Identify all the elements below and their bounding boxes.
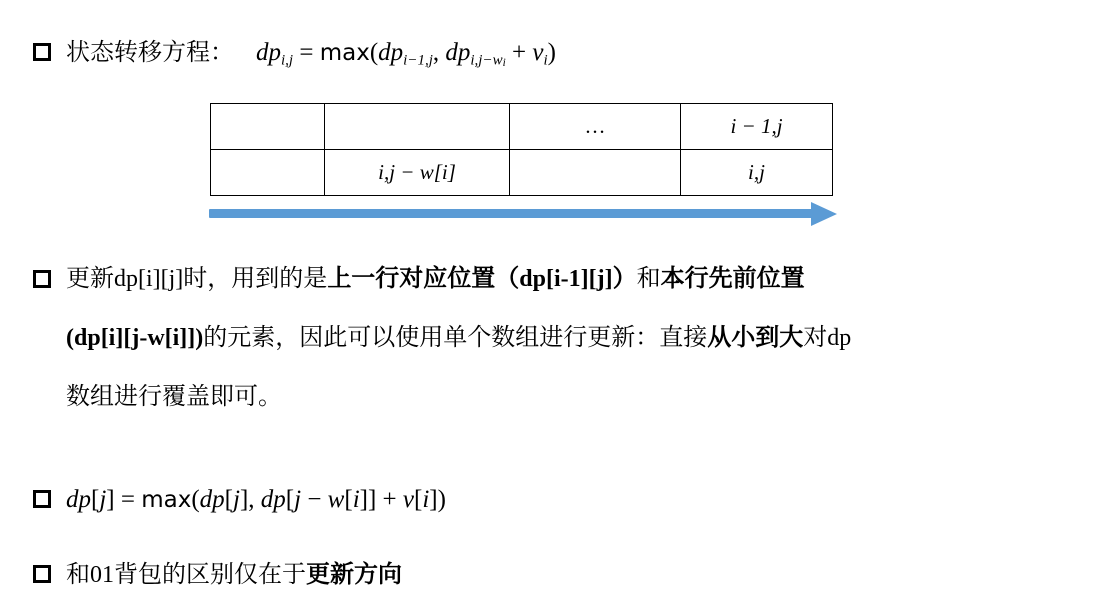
text-segment: [ — [286, 486, 294, 513]
table-row: i,j − w[i] i,j — [211, 150, 833, 196]
bullet-item-equation: 状态转移方程：dpi,j = max(dpi−1,j, dpi,j−wi + v… — [33, 36, 556, 80]
bullet2-line1: 更新dp[i][j]时，用到的是上一行对应位置（dp[i-1][j]）和本行先前… — [66, 250, 851, 309]
text-segment: i−1,j — [403, 53, 433, 69]
text-segment: v — [532, 39, 543, 66]
bullet-item-1d-formula: dp[j] = max(dp[j], dp[j − w[i]] + v[i]) — [33, 483, 446, 517]
text-segment: [ — [344, 486, 352, 513]
text-segment: dp — [378, 39, 403, 66]
bullet-square-icon — [33, 565, 51, 583]
text-segment: 数组进行覆盖即可。 — [66, 384, 282, 410]
table-cell — [211, 104, 325, 150]
table-cell: i,j — [681, 150, 833, 196]
dp-1d-formula: dp[j] = max(dp[j], dp[j − w[i]] + v[i]) — [66, 483, 446, 517]
dp-2d-formula: dpi,j = max(dpi−1,j, dpi,j−wi + vi) — [256, 39, 556, 66]
text-segment: ) — [548, 39, 556, 66]
bullet-item-difference: 和01背包的区别仅在于更新方向 — [33, 558, 402, 592]
text-segment: dp — [66, 486, 91, 513]
bullet-square-icon — [33, 490, 51, 508]
text-segment: ]] + — [360, 486, 403, 513]
text-segment: 和01背包的区别仅在于 — [66, 562, 306, 588]
text-segment: 本行先前位置 — [661, 266, 805, 292]
text-segment: ( — [370, 39, 378, 66]
text-segment: w — [328, 486, 345, 513]
text-segment: + — [506, 39, 533, 66]
table-cell — [325, 104, 510, 150]
text-segment: i,j−w — [470, 53, 502, 69]
text-segment: − — [301, 486, 328, 513]
table-cell — [510, 150, 681, 196]
text-segment: dp — [261, 486, 286, 513]
table-cell: i,j − w[i] — [325, 150, 510, 196]
text-segment: , — [433, 39, 446, 66]
text-segment: 更新方向 — [306, 562, 402, 588]
text-segment: max — [320, 40, 370, 66]
text-segment: (dp[i][j-w[i]]) — [66, 325, 203, 351]
bullet4-text: 和01背包的区别仅在于更新方向 — [66, 558, 402, 592]
bullet-square-icon — [33, 270, 51, 288]
text-segment: i − 1,j — [730, 114, 782, 138]
table-cell: … — [510, 104, 681, 150]
text-segment: dp — [445, 39, 470, 66]
text-segment: 对dp — [803, 325, 851, 351]
text-segment: max — [141, 487, 191, 513]
text-segment: 更新dp[i][j]时，用到的是 — [66, 266, 327, 292]
bullet1-text: 状态转移方程：dpi,j = max(dpi−1,j, dpi,j−wi + v… — [66, 36, 556, 80]
text-segment: dp — [256, 39, 281, 66]
text-segment: [ — [225, 486, 233, 513]
dp-table-body: … i − 1,j i,j − w[i] i,j — [211, 104, 833, 196]
text-segment: j — [233, 486, 240, 513]
text-segment: … — [585, 114, 606, 138]
text-segment: i,j — [281, 53, 293, 69]
text-segment: 的元素，因此可以使用单个数组进行更新：直接 — [203, 325, 707, 351]
table-row: … i − 1,j — [211, 104, 833, 150]
text-segment: = — [293, 39, 320, 66]
right-arrow-icon — [209, 202, 837, 226]
bullet-square-icon — [33, 43, 51, 61]
text-segment: i,j − w[i] — [378, 160, 456, 184]
bullet2-text: 更新dp[i][j]时，用到的是上一行对应位置（dp[i-1][j]）和本行先前… — [66, 250, 851, 427]
arrow-shaft — [209, 209, 813, 218]
bullet2-line2: (dp[i][j-w[i]])的元素，因此可以使用单个数组进行更新：直接从小到大… — [66, 309, 851, 368]
text-segment: ], — [240, 486, 261, 513]
bullet2-line3: 数组进行覆盖即可。 — [66, 368, 851, 427]
arrow-head — [811, 202, 837, 226]
text-segment: i — [353, 486, 360, 513]
text-segment: dp — [200, 486, 225, 513]
text-segment: ] = — [106, 486, 141, 513]
text-segment: i,j — [748, 160, 765, 184]
table-cell — [211, 150, 325, 196]
text-segment: 上一行对应位置（dp[i-1][j]） — [327, 266, 636, 292]
slide: 状态转移方程：dpi,j = max(dpi−1,j, dpi,j−wi + v… — [0, 0, 1099, 597]
text-segment: 从小到大 — [707, 325, 803, 351]
bullet1-label: 状态转移方程： — [66, 40, 234, 66]
text-segment: ]) — [429, 486, 446, 513]
text-segment: ( — [191, 486, 199, 513]
text-segment: v — [403, 486, 414, 513]
text-segment: 和 — [637, 266, 661, 292]
bullet-item-explanation: 更新dp[i][j]时，用到的是上一行对应位置（dp[i-1][j]）和本行先前… — [33, 250, 851, 427]
table-cell: i − 1,j — [681, 104, 833, 150]
dp-table: … i − 1,j i,j − w[i] i,j — [210, 103, 833, 196]
